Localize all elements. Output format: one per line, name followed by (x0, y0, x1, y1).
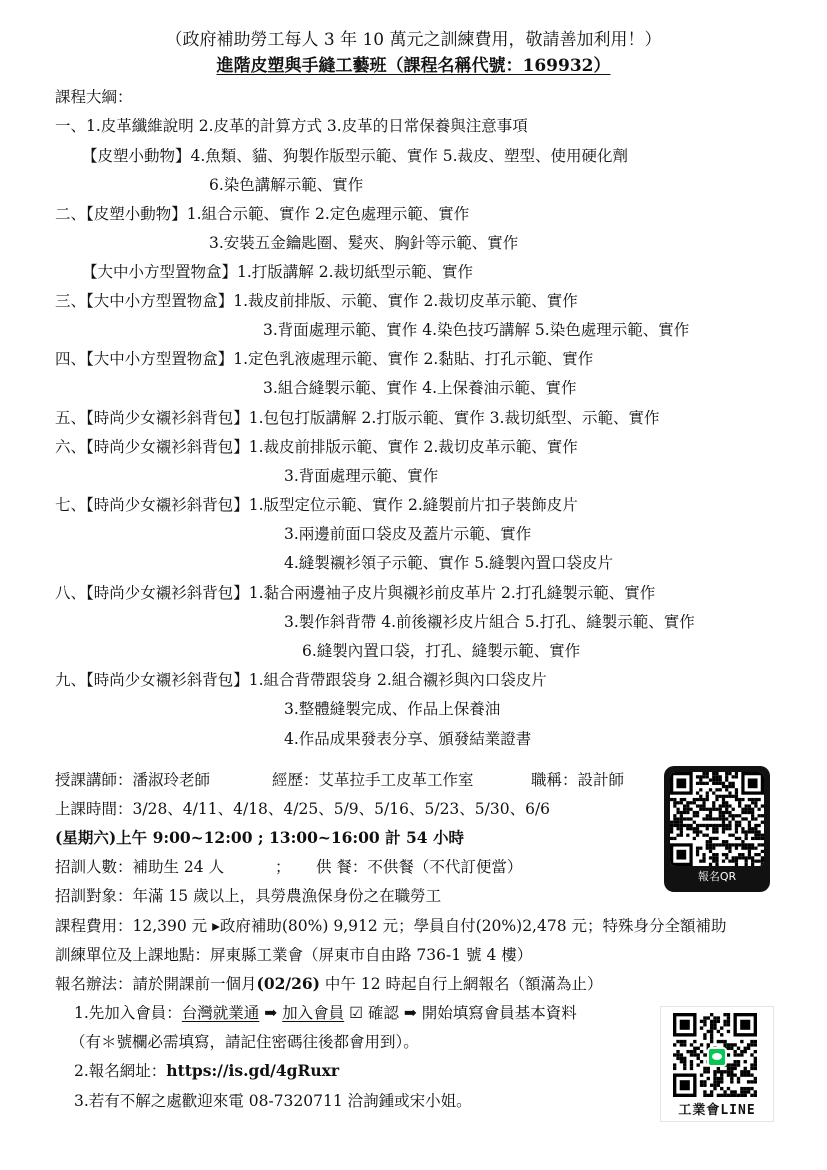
outline-line: 七、【時尚少女襯衫斜背包】1.版型定位示範、實作 2.縫製前片扣子裝飾皮片 (55, 495, 578, 515)
outline-line: 二、【皮塑小動物】1.組合示範、實作 2.定色處理示範、實作 (55, 204, 469, 224)
signup-method-suffix: 中午 12 時起自行上網報名（額滿為止） (320, 975, 603, 993)
meal: 供 餐：不供餐（不代訂便當） (316, 857, 522, 877)
outline-line: 6.染色講解示範、實作 (209, 175, 363, 195)
schedule-dates: 上課時間：3/28、4/11、4/18、4/25、5/9、5/16、5/23、5… (55, 799, 550, 819)
signup-date: (02/26) (257, 974, 320, 993)
step-1: 1.先加入會員：台灣就業通 ➡ 加入會員 ☑ 確認 ➡ 開始填寫會員基本資料 (74, 1003, 577, 1023)
step-1-prefix: 1.先加入會員： (74, 1004, 182, 1022)
step-2-prefix: 2.報名網址： (74, 1062, 166, 1080)
experience: 經歷：艾革拉手工皮革工作室 (272, 770, 474, 790)
signup-qr-code-icon (670, 772, 764, 866)
step-1-confirm: ☑ 確認 ➡ 開始填寫會員基本資料 (344, 1004, 577, 1022)
target-audience: 招訓對象：年滿 15 歲以上，具勞農漁保身份之在職勞工 (55, 886, 441, 906)
signup-qr-label: 報名QR (664, 868, 770, 884)
outline-line: 四、【大中小方型置物盒】1.定色乳液處理示範、實作 2.黏貼、打孔示範、實作 (55, 349, 593, 369)
signup-method: 報名辦法：請於開課前一個月(02/26) 中午 12 時起自行上網報名（額滿為止… (55, 974, 603, 994)
instructor: 授課講師：潘淑玲老師 (55, 770, 210, 790)
outline-line: 3.兩邊前面口袋皮及蓋片示範、實作 (284, 524, 531, 544)
outline-line: 六、【時尚少女襯衫斜背包】1.裁皮前排版示範、實作 2.裁切皮革示範、實作 (55, 437, 578, 457)
outline-line: 八、【時尚少女襯衫斜背包】1.黏合兩邊袖子皮片與襯衫前皮革片 2.打孔縫製示範、… (55, 583, 655, 603)
line-qr-card[interactable]: 工業會LINE (660, 1006, 774, 1122)
outline-line: 【皮塑小動物】4.魚類、貓、狗製作版型示範、實作 5.裁皮、塑型、使用硬化劑 (82, 146, 628, 166)
outline-line: 3.安裝五金鑰匙圈、髮夾、胸針等示範、實作 (209, 233, 518, 253)
arrow-right-icon: ➡ (259, 1004, 282, 1022)
outline-line: 一、1.皮革纖維說明 2.皮革的計算方式 3.皮革的日常保養與注意事項 (55, 116, 528, 136)
line-qr-code-icon (673, 1013, 757, 1097)
outline-line: 3.背面處理示範、實作 (284, 466, 438, 486)
outline-line: 九、【時尚少女襯衫斜背包】1.組合背帶跟袋身 2.組合襯衫與內口袋皮片 (55, 670, 547, 690)
step-3: 3.若有不解之處歡迎來電 08-7320711 洽詢鍾或宋小姐。 (74, 1091, 472, 1111)
outline-line: 3.製作斜背帶 4.前後襯衫皮片組合 5.打孔、縫製示範、實作 (284, 612, 695, 632)
enrollment: 招訓人數：補助生 24 人 (55, 857, 224, 877)
outline-line: 三、【大中小方型置物盒】1.裁皮前排版、示範、實作 2.裁切皮革示範、實作 (55, 291, 578, 311)
separator: ； (275, 857, 291, 877)
page-title: 進階皮塑與手縫工藝班（課程名稱代號：169932） (0, 56, 827, 76)
join-member-link[interactable]: 加入會員 (282, 1004, 344, 1022)
outline-line: 3.背面處理示範、實作 4.染色技巧講解 5.染色處理示範、實作 (263, 320, 689, 340)
line-logo-icon (707, 1047, 727, 1067)
signup-method-prefix: 報名辦法：請於開課前一個月 (55, 975, 257, 993)
schedule-time: (星期六)上午 9:00~12:00 ; 13:00~16:00 計 54 小時 (55, 828, 464, 848)
outline-line: 【大中小方型置物盒】1.打版講解 2.裁切紙型示範、實作 (82, 262, 473, 282)
signup-url-link[interactable]: https://is.gd/4gRuxr (166, 1061, 339, 1080)
job-title: 職稱：設計師 (531, 770, 624, 790)
outline-line: 6.縫製內置口袋，打孔、縫製示範、實作 (302, 641, 580, 661)
step-2: 2.報名網址：https://is.gd/4gRuxr (74, 1061, 339, 1081)
outline-line: 4.縫製襯衫領子示範、實作 5.縫製內置口袋皮片 (284, 553, 613, 573)
course-fee: 課程費用：12,390 元 ▸政府補助(80%) 9,912 元；學員自付(20… (55, 916, 727, 936)
subsidy-notice: （政府補助勞工每人 3 年 10 萬元之訓練費用，敬請善加利用！） (0, 30, 827, 50)
outline-line: 3.整體縫製完成、作品上保養油 (284, 699, 500, 719)
outline-line: 3.組合縫製示範、實作 4.上保養油示範、實作 (263, 378, 577, 398)
course-title: 進階皮塑與手縫工藝班（課程名稱代號：169932） (217, 56, 611, 76)
taiwan-jobs-link[interactable]: 台灣就業通 (182, 1004, 260, 1022)
location: 訓練單位及上課地點：屏東縣工業會（屏東市自由路 736-1 號 4 樓） (55, 945, 532, 965)
signup-qr-card[interactable]: 報名QR (664, 766, 770, 892)
outline-heading: 課程大綱： (55, 87, 133, 107)
outline-line: 五、【時尚少女襯衫斜背包】1.包包打版講解 2.打版示範、實作 3.裁切紙型、示… (55, 408, 659, 428)
outline-line: 4.作品成果發表分享、頒發結業證書 (284, 729, 531, 749)
step-1-note: （有＊號欄必需填寫，請記住密碼往後都會用到）。 (70, 1032, 419, 1052)
line-qr-label: 工業會LINE (661, 1099, 773, 1118)
